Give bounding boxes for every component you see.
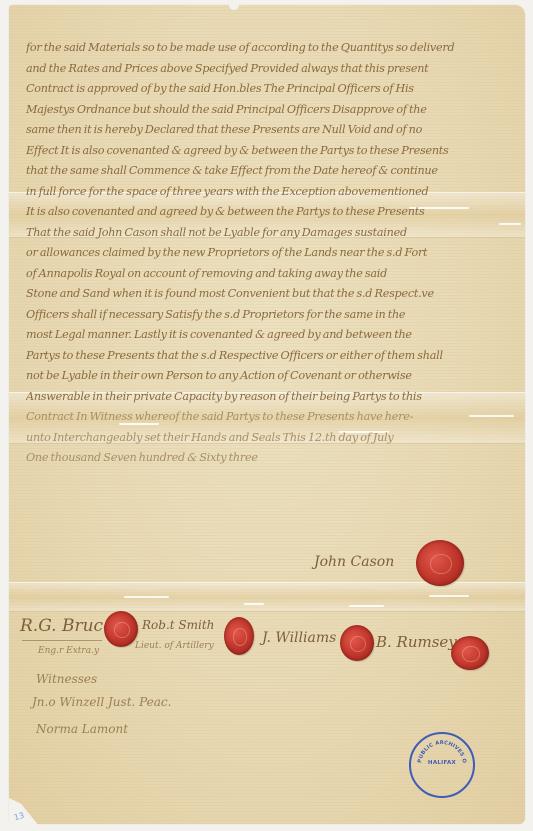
text-line: Partys to these Presents that the s.d Re… [26,346,466,367]
text-line: Stone and Sand when it is found most Con… [26,284,466,305]
text-line: or allowances claimed by the new Proprie… [26,243,466,264]
witnesses-heading: Witnesses [36,672,97,686]
witness-1: Jn.o Winzell Just. Peac. [32,695,171,709]
signature-officer-1: R.G. Bruce [20,616,113,636]
signature-contractor: John Cason [314,554,394,570]
text-line: Officers shall if necessary Satisfy the … [26,305,466,326]
text-line: in full force for the space of three yea… [26,182,466,203]
text-line: not be Lyable in their own Person to any… [26,366,466,387]
text-line: That the said John Cason shall not be Ly… [26,223,466,244]
text-line: that the same shall Commence & take Effe… [26,161,466,182]
text-line: of Annapolis Royal on account of removin… [26,264,466,285]
signature-underline [22,640,102,641]
tape-strip-lower [9,582,525,612]
wax-seal [104,611,138,647]
wax-seal [416,540,464,586]
text-line: Contract In Witness whereof the said Par… [26,407,466,428]
stamp-center-text: HALIFAX [411,760,473,766]
text-line: One thousand Seven hundred & Sixty three [26,448,466,469]
wax-seal [340,625,374,661]
text-line: and the Rates and Prices above Specifyed… [26,59,466,80]
signature-officer-4: B. Rumsey [376,633,457,651]
text-line: It is also covenanted and agreed by & be… [26,202,466,223]
text-line: Answerable in their private Capacity by … [26,387,466,408]
signature-officer-3: J. Williams [262,630,336,646]
text-line: Majestys Ordnance but should the said Pr… [26,100,466,121]
text-line: same then it is hereby Declared that the… [26,120,466,141]
signature-officer-2: Rob.t Smith [142,618,214,632]
text-line: unto Interchangeably set their Hands and… [26,428,466,449]
witness-2: Norma Lamont [36,722,128,736]
officer-2-title: Lieut. of Artillery [135,641,214,651]
text-line: Effect It is also covenanted & agreed by… [26,141,466,162]
text-line: most Legal manner. Lastly it is covenant… [26,325,466,346]
archive-stamp: PUBLIC ARCHIVES OF NOVA SCOTIA HALIFAX [409,732,475,798]
wax-seal [224,617,254,655]
officer-1-title: Eng.r Extra.y [38,646,99,656]
contract-body: for the said Materials so to be made use… [26,38,466,469]
text-line: Contract is approved of by the said Hon.… [26,79,466,100]
text-line: for the said Materials so to be made use… [26,38,466,59]
wax-seal [451,636,489,670]
